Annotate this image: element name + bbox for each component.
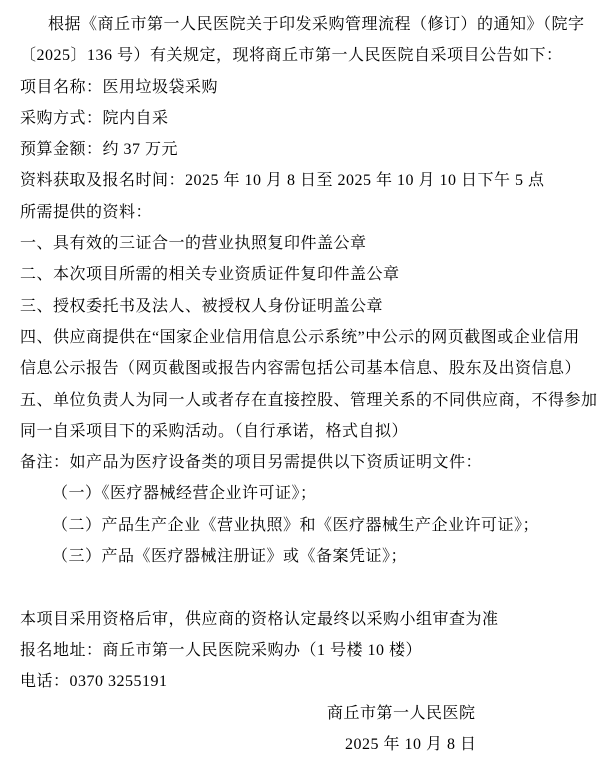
requirement-item-4-line2: 信息公示报告（网页截图或报告内容需包括公司基本信息、股东及出资信息） xyxy=(20,353,598,384)
field-procurement-method: 采购方式：院内自采 xyxy=(20,103,598,134)
field-phone: 电话：0370 3255191 xyxy=(20,666,598,697)
signature-organization: 商丘市第一人民医院 xyxy=(20,698,598,729)
signature-date: 2025 年 10 月 8 日 xyxy=(20,729,598,760)
document-page: 根据《商丘市第一人民医院关于印发采购管理流程（修订）的通知》（院字 〔2025〕… xyxy=(0,0,614,781)
field-registration-address: 报名地址：商丘市第一人民医院采购办（1 号楼 10 楼） xyxy=(20,635,598,666)
field-budget-amount: 预算金额：约 37 万元 xyxy=(20,134,598,165)
intro-paragraph-line2: 〔2025〕136 号）有关规定，现将商丘市第一人民医院自采项目公告如下： xyxy=(20,40,598,71)
note-subitem-3: （三）产品《医疗器械注册证》或《备案凭证》； xyxy=(20,541,598,572)
required-materials-heading: 所需提供的资料： xyxy=(20,197,598,228)
requirement-item-5-line1: 五、单位负责人为同一人或者存在直接控股、管理关系的不同供应商，不得参加 xyxy=(20,385,598,416)
field-registration-time: 资料获取及报名时间：2025 年 10 月 8 日至 2025 年 10 月 1… xyxy=(20,165,598,196)
qualification-review-paragraph: 本项目采用资格后审，供应商的资格认定最终以采购小组审查为准 xyxy=(20,604,598,635)
requirement-item-3: 三、授权委托书及法人、被授权人身份证明盖公章 xyxy=(20,291,598,322)
note-subitem-2: （二）产品生产企业《营业执照》和《医疗器械生产企业许可证》； xyxy=(20,510,598,541)
requirement-item-4-line1: 四、供应商提供在“国家企业信用信息公示系统”中公示的网页截图或企业信用 xyxy=(20,322,598,353)
requirement-item-5-line2: 同一自采项目下的采购活动。（自行承诺，格式自拟） xyxy=(20,416,598,447)
field-project-name: 项目名称：医用垃圾袋采购 xyxy=(20,72,598,103)
requirement-item-1: 一、具有效的三证合一的营业执照复印件盖公章 xyxy=(20,228,598,259)
note-heading: 备注：如产品为医疗设备类的项目另需提供以下资质证明文件： xyxy=(20,447,598,478)
intro-paragraph-line1: 根据《商丘市第一人民医院关于印发采购管理流程（修订）的通知》（院字 xyxy=(20,9,598,40)
note-subitem-1: （一）《医疗器械经营企业许可证》； xyxy=(20,478,598,509)
requirement-item-2: 二、本次项目所需的相关专业资质证件复印件盖公章 xyxy=(20,259,598,290)
